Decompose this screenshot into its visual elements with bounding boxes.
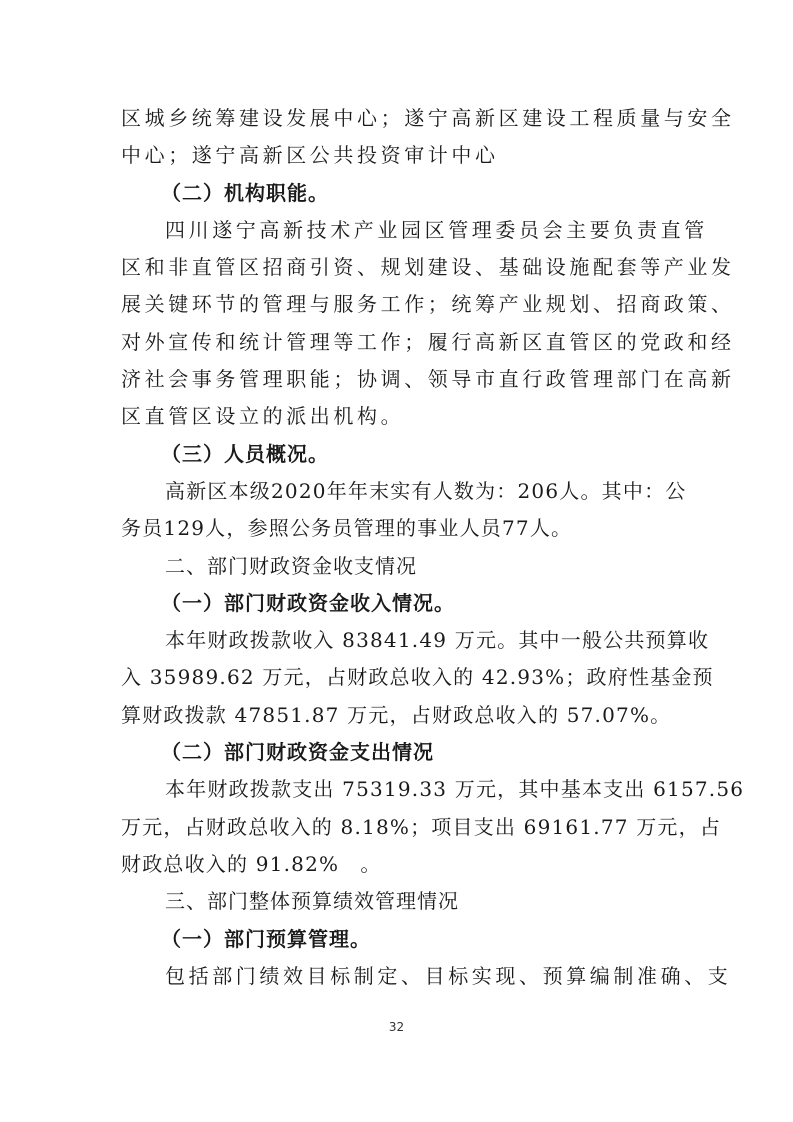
section-subheading-income: （一）部门财政资金收入情况。: [121, 585, 676, 622]
body-line: 四川遂宁高新技术产业园区管理委员会主要负责直管: [121, 212, 676, 249]
body-line: 济社会事务管理职能；协调、领导市直行政管理部门在高新: [121, 361, 676, 398]
section-subheading-expenditure: （二）部门财政资金支出情况: [121, 734, 676, 771]
body-line: 本年财政拨款收入 83841.49 万元。其中一般公共预算收: [121, 622, 676, 659]
body-line: 展关键环节的管理与服务工作；统筹产业规划、招商政策、: [121, 286, 676, 323]
body-line: 务员129人，参照公务员管理的事业人员77人。: [121, 510, 676, 547]
body-line: 区城乡统筹建设发展中心；遂宁高新区建设工程质量与安全: [121, 100, 676, 137]
section-subheading-functions: （二）机构职能。: [121, 175, 676, 212]
section-heading-finance: 二、部门财政资金收支情况: [121, 548, 676, 585]
page-number: 32: [0, 1020, 793, 1034]
body-line: 高新区本级2020年年末实有人数为：206人。其中：公: [121, 473, 676, 510]
document-page: 区城乡统筹建设发展中心；遂宁高新区建设工程质量与安全 中心；遂宁高新区公共投资审…: [0, 0, 793, 1122]
body-line: 万元，占财政总收入的 8.18%；项目支出 69161.77 万元，占: [121, 809, 676, 846]
body-line: 对外宣传和统计管理等工作；履行高新区直管区的党政和经: [121, 324, 676, 361]
body-line: 区和非直管区招商引资、规划建设、基础设施配套等产业发: [121, 249, 676, 286]
section-heading-performance: 三、部门整体预算绩效管理情况: [121, 883, 676, 920]
section-subheading-budget-management: （一）部门预算管理。: [121, 921, 676, 958]
body-line: 包括部门绩效目标制定、目标实现、预算编制准确、支: [121, 958, 676, 995]
body-line: 本年财政拨款支出 75319.33 万元，其中基本支出 6157.56: [121, 771, 676, 808]
section-subheading-staff: （三）人员概况。: [121, 436, 676, 473]
body-line: 财政总收入的 91.82% 。: [121, 846, 676, 883]
page-content: 区城乡统筹建设发展中心；遂宁高新区建设工程质量与安全 中心；遂宁高新区公共投资审…: [121, 100, 676, 995]
body-line: 算财政拨款 47851.87 万元，占财政总收入的 57.07%。: [121, 697, 676, 734]
body-line: 区直管区设立的派出机构。: [121, 398, 676, 435]
body-line: 中心；遂宁高新区公共投资审计中心: [121, 137, 676, 174]
body-line: 入 35989.62 万元，占财政总收入的 42.93%；政府性基金预: [121, 659, 676, 696]
